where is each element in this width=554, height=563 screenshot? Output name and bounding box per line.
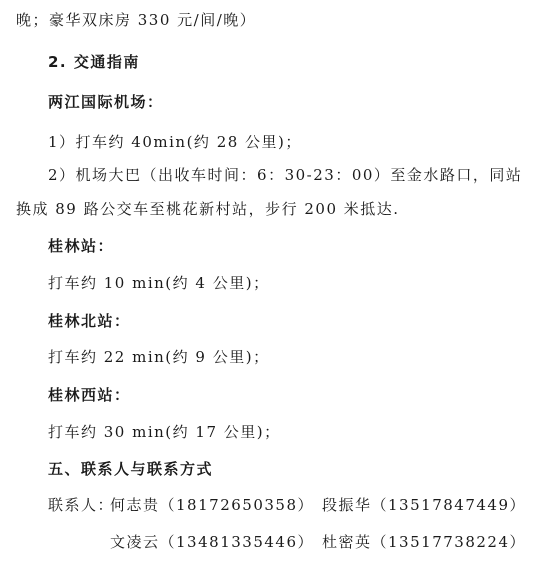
contact-phone: （13481335446） — [160, 533, 314, 551]
room-price-tail: 晚；豪华双床房 330 元/间/晚） — [16, 10, 256, 30]
contact-entry: 段振华（13517847449） — [322, 495, 526, 515]
section-heading-transport: 2. 交通指南 — [48, 52, 140, 72]
airport-heading: 两江国际机场： — [48, 92, 164, 112]
airport-taxi-info: 1）打车约 40min(约 28 公里)； — [48, 132, 302, 152]
contact-name: 杜密英 — [322, 533, 372, 551]
contact-name: 段振华 — [322, 496, 372, 514]
contacts-label: 联系人： — [48, 495, 114, 515]
contact-entry: 何志贵（18172650358） — [110, 495, 314, 515]
guilin-station-heading: 桂林站： — [48, 236, 114, 256]
guilin-west-taxi-info: 打车约 30 min(约 17 公里)； — [48, 422, 281, 442]
airport-bus-info-line2: 换成 89 路公交车至桃花新村站，步行 200 米抵达. — [16, 199, 400, 219]
guilin-west-heading: 桂林西站： — [48, 385, 131, 405]
contact-phone: （13517847449） — [372, 496, 526, 514]
contact-name: 文凌云 — [110, 533, 160, 551]
contact-phone: （18172650358） — [160, 496, 314, 514]
contact-entry: 杜密英（13517738224） — [322, 532, 526, 552]
airport-bus-info-line1: 2）机场大巴（出收车时间：6：30-23：00）至金水路口，同站 — [48, 165, 522, 185]
guilin-north-taxi-info: 打车约 22 min(约 9 公里)； — [48, 347, 270, 367]
guilin-north-heading: 桂林北站： — [48, 311, 131, 331]
section-heading-contacts: 五、联系人与联系方式 — [48, 459, 213, 479]
contact-name: 何志贵 — [110, 496, 160, 514]
contact-phone: （13517738224） — [372, 533, 526, 551]
guilin-station-taxi-info: 打车约 10 min(约 4 公里)； — [48, 273, 270, 293]
contact-entry: 文凌云（13481335446） — [110, 532, 314, 552]
